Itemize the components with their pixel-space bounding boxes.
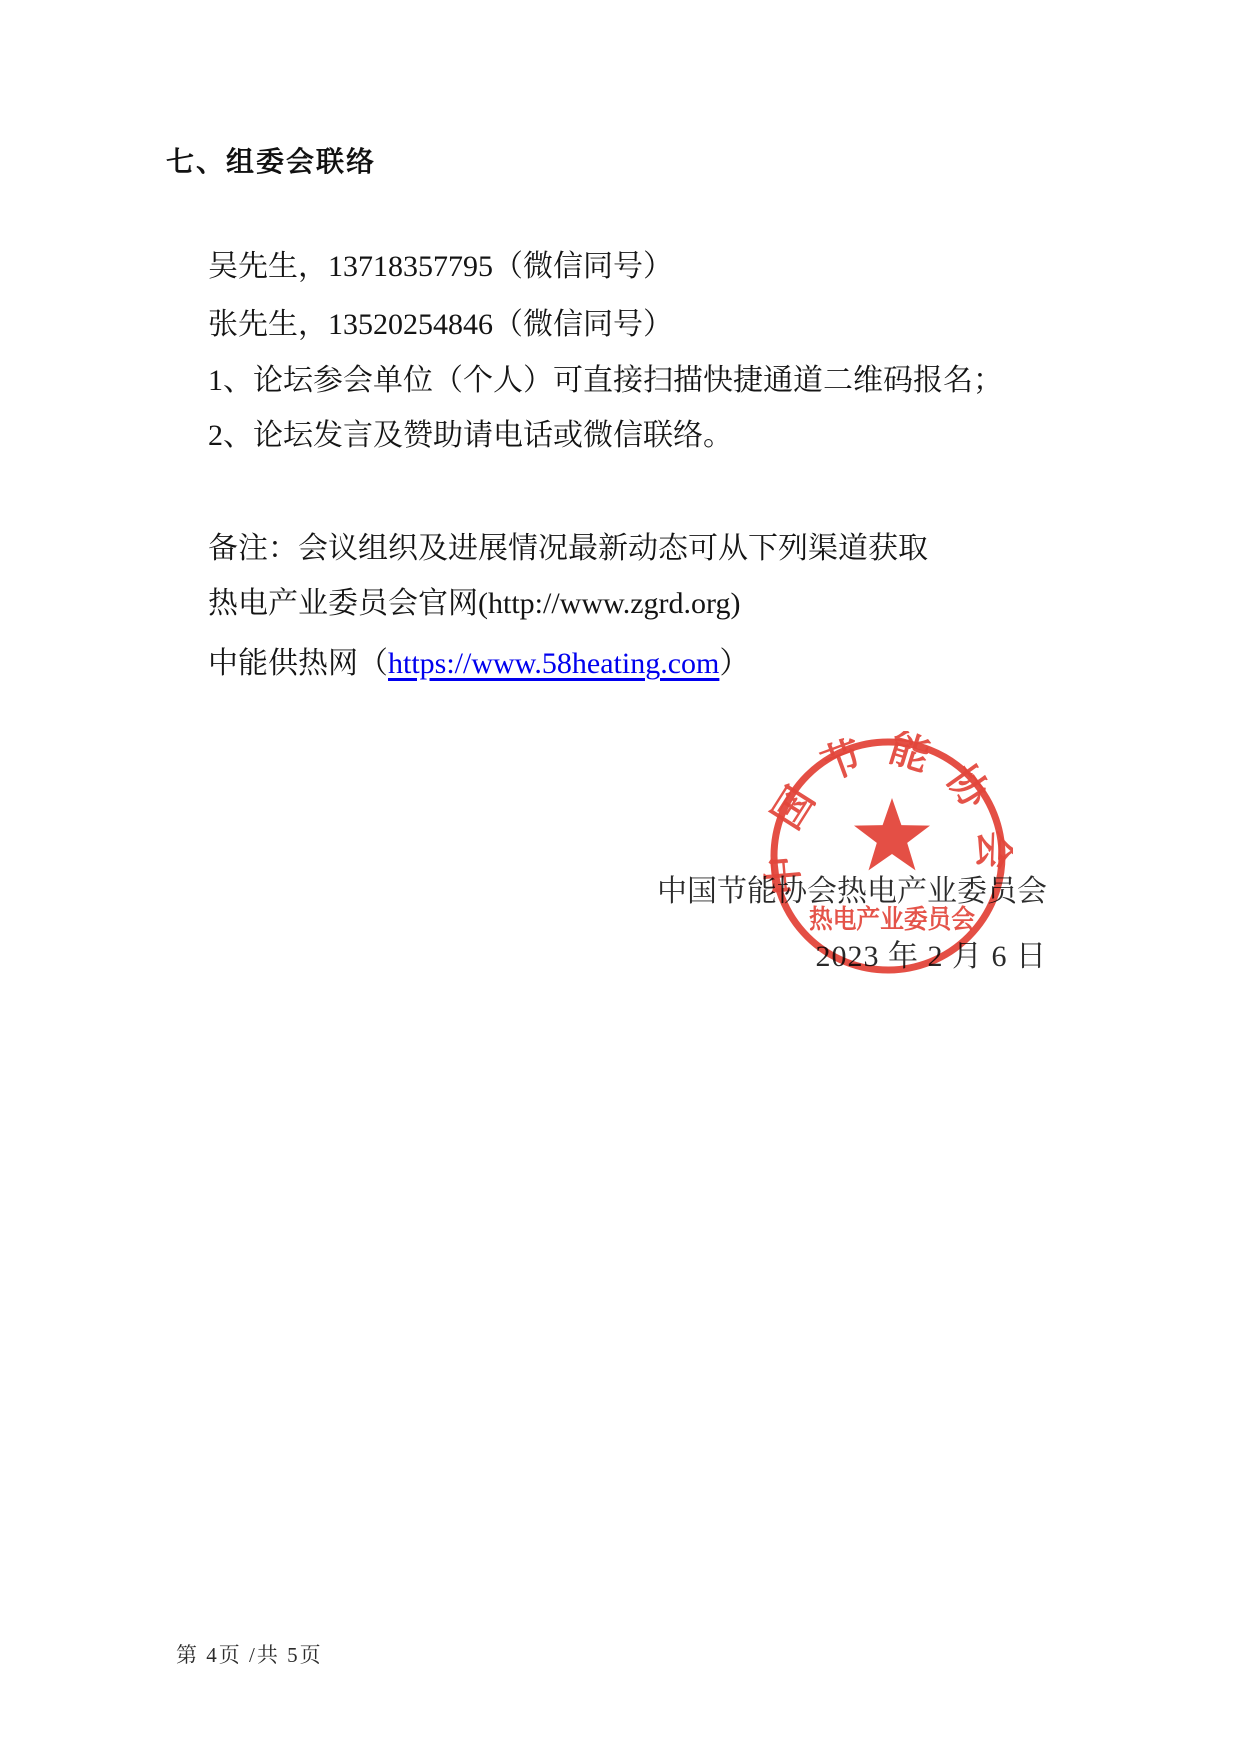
heating-website-link[interactable]: https://www.58heating.com bbox=[388, 647, 719, 680]
remark-line: 备注：会议组织及进展情况最新动态可从下列渠道获取 bbox=[208, 532, 928, 567]
heating-website-prefix: 中能供热网（ bbox=[208, 647, 388, 680]
list-item-1: 1、论坛参会单位（个人）可直接扫描快捷通道二维码报名； bbox=[208, 364, 1003, 399]
official-website-line: 热电产业委员会官网(http://www.zgrd.org) bbox=[208, 587, 740, 622]
section-heading: 七、组委会联络 bbox=[166, 146, 376, 178]
stamp-bottom-text: 热电产业委员会 bbox=[809, 904, 975, 934]
heating-website-line: 中能供热网（https://www.58heating.com） bbox=[208, 647, 749, 682]
stamp-star bbox=[854, 798, 930, 870]
contact-line-wu: 吴先生，13718357795（微信同号） bbox=[208, 250, 673, 285]
heating-website-suffix: ） bbox=[719, 647, 749, 680]
contact-line-zhang: 张先生，13520254846（微信同号） bbox=[208, 308, 673, 343]
document-page: { "doc": { "heading": "七、组委会联络", "contac… bbox=[0, 0, 1240, 1754]
page-footer: 第 4页 /共 5页 bbox=[176, 1643, 323, 1667]
list-item-2: 2、论坛发言及赞助请电话或微信联络。 bbox=[208, 419, 733, 454]
official-seal-stamp: 中国节能协会 热电产业委员会 bbox=[763, 731, 1013, 981]
